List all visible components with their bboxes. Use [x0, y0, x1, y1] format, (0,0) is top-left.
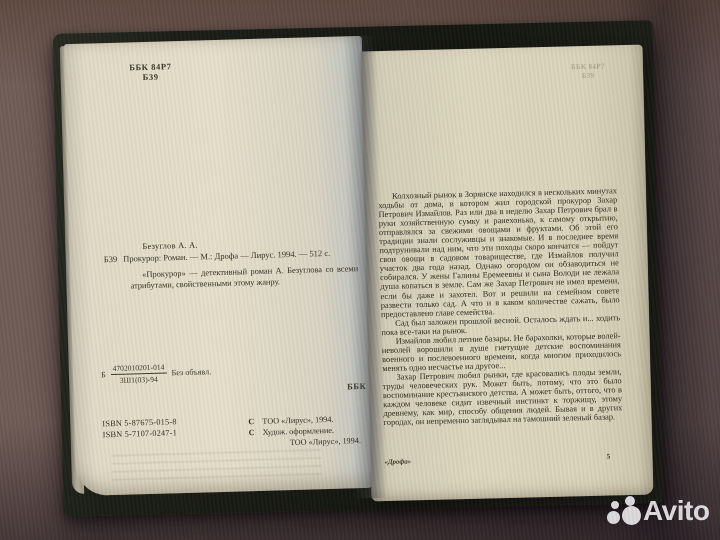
- running-footer: «Дрофа»: [385, 458, 412, 466]
- paragraph: Колхозный рынок в Зорянске находился в н…: [378, 186, 620, 318]
- catalog-denominator: ЗШ1(03)-94: [111, 374, 167, 385]
- annotation: «Прокурор» — детективный роман А. Безугл…: [130, 264, 359, 292]
- copyright-block: С С ТОО «Лирус», 1994. Худож. оформление…: [248, 413, 361, 449]
- isbn-2: ISBN 5-7107-0247-1: [103, 427, 178, 440]
- paragraph: Измайлов любил летние базары. Не барахол…: [382, 331, 622, 373]
- catalog-suffix: Без объявл.: [171, 367, 211, 377]
- avito-dot-medium: [607, 511, 620, 524]
- catalog-card-number: Б 4702010201-014 ЗШ1(03)-94 Без объявл.: [101, 361, 212, 385]
- entry-code: Б39: [104, 254, 118, 264]
- avito-watermark-text: Avito: [643, 494, 709, 528]
- show-through-text: [111, 449, 322, 481]
- copyright-lines: ТОО «Лирус», 1994. Худож. оформление. ТО…: [262, 413, 361, 449]
- catalog-prefix: Б: [101, 370, 106, 379]
- avito-dot-top: [625, 496, 635, 506]
- body-text: Колхозный рынок в Зорянске находился в н…: [378, 186, 623, 427]
- avito-dot-small: [611, 501, 619, 509]
- page-number: 5: [606, 453, 610, 461]
- avito-watermark: Avito: [606, 494, 716, 534]
- author-line: Безуглов А. А.: [142, 240, 198, 252]
- left-page: ББК 84Р7 Б39 Безуглов А. А. Б39Прокурор:…: [64, 36, 375, 496]
- photo-of-open-book: { "left_page": { "bbk_top_line1": "ББК 8…: [0, 0, 720, 540]
- ghost-code: Б39: [557, 72, 619, 82]
- show-through-stamp: ББК 84Р7 Б39: [557, 63, 619, 82]
- copyright-sign: С: [249, 427, 263, 438]
- avito-dot-large: [622, 506, 641, 525]
- isbn-block: ISBN 5-87675-015-8 ISBN 5-7107-0247-1: [102, 416, 177, 440]
- right-page: ББК 84Р7 Б39 Колхозный рынок в Зорянске …: [361, 45, 654, 502]
- bbk-author-sign: Б39: [117, 71, 185, 83]
- copyright-signs: С С: [248, 416, 263, 449]
- paragraph: Захар Петрович любил рынки, где красовал…: [382, 367, 622, 427]
- copyright-sign: С: [248, 416, 262, 427]
- bbk-stamp-top: ББК 84Р7 Б39: [116, 61, 185, 83]
- catalog-fraction: 4702010201-014 ЗШ1(03)-94: [110, 363, 166, 385]
